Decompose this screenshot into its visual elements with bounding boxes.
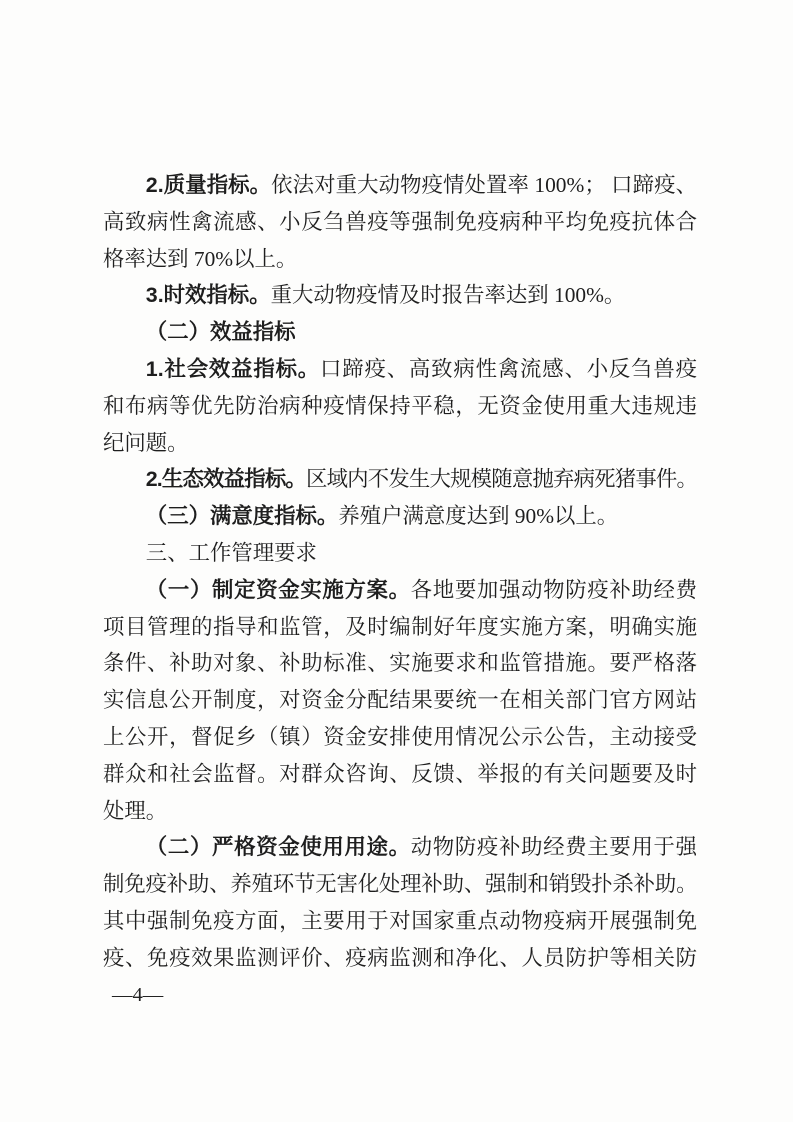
line-text: 高致病性禽流感、小反刍兽疫等强制免疫病种平均免疫抗体合 [103, 210, 697, 234]
text-line: 高致病性禽流感、小反刍兽疫等强制免疫病种平均免疫抗体合 [103, 204, 697, 241]
line-text: 养殖户满意度达到 90%以上。 [338, 504, 618, 528]
text-line: 疫、免疫效果监测评价、疫病监测和净化、人员防护等相关防 [103, 940, 697, 977]
text-line: 2.质量指标。依法对重大动物疫情处置率 100%； 口蹄疫、 [103, 167, 697, 204]
line-text: 疫、免疫效果监测评价、疫病监测和净化、人员防护等相关防 [103, 946, 697, 970]
line-text: 纪问题。 [103, 431, 189, 455]
line-text: 条件、补助对象、补助标准、实施要求和监管措施。要严格落 [103, 651, 697, 675]
paragraph-lead: （二）效益指标 [146, 320, 296, 344]
text-line: 和布病等优先防治病种疫情保持平稳，无资金使用重大违规违 [103, 388, 697, 425]
text-line: （二）效益指标 [103, 314, 697, 351]
line-text: 群众和社会监督。对群众咨询、反馈、举报的有关问题要及时 [103, 762, 697, 786]
line-text: 项目管理的指导和监管，及时编制好年度实施方案，明确实施 [103, 615, 697, 639]
line-text: 格率达到 70%以上。 [103, 247, 297, 271]
text-line: （三）满意度指标。养殖户满意度达到 90%以上。 [103, 498, 697, 535]
line-text: 动物防疫补助经费主要用于强 [411, 835, 697, 859]
text-line: 上公开，督促乡（镇）资金安排使用情况公示公告，主动接受 [103, 719, 697, 756]
paragraph-lead: 2.质量指标。 [146, 173, 271, 197]
paragraph-lead: 1.社会效益指标。 [146, 357, 320, 381]
line-text: 其中强制免疫方面，主要用于对国家重点动物疫病开展强制免 [103, 909, 697, 933]
text-line: 格率达到 70%以上。 [103, 241, 697, 278]
paragraph-lead: （一）制定资金实施方案。 [146, 578, 411, 602]
text-line: 制免疫补助、养殖环节无害化处理补助、强制和销毁扑杀补助。 [103, 866, 697, 903]
line-text: 和布病等优先防治病种疫情保持平稳，无资金使用重大违规违 [103, 394, 697, 418]
line-text: 实信息公开制度，对资金分配结果要统一在相关部门官方网站 [103, 688, 697, 712]
line-text: 依法对重大动物疫情处置率 100%； 口蹄疫、 [271, 173, 697, 197]
paragraph-lead: 3.时效指标。 [146, 283, 271, 307]
line-text: 重大动物疫情及时报告率达到 100%。 [271, 283, 626, 307]
line-text: 区域内不发生大规模随意抛弃病死猪事件。 [306, 467, 697, 491]
text-line: 2.生态效益指标。区域内不发生大规模随意抛弃病死猪事件。 [103, 461, 697, 498]
text-line: 其中强制免疫方面，主要用于对国家重点动物疫病开展强制免 [103, 903, 697, 940]
text-line: 3.时效指标。重大动物疫情及时报告率达到 100%。 [103, 277, 697, 314]
paragraph-lead: （二）严格资金使用用途。 [146, 835, 411, 859]
text-line: 处理。 [103, 793, 697, 830]
paragraph-lead: 2.生态效益指标。 [146, 467, 306, 491]
line-text: 各地要加强动物防疫补助经费 [411, 578, 697, 602]
page-number: —4— [112, 984, 163, 1007]
section-heading: 三、工作管理要求 [103, 535, 697, 572]
text-line: （二）严格资金使用用途。动物防疫补助经费主要用于强 [103, 829, 697, 866]
line-text: 制免疫补助、养殖环节无害化处理补助、强制和销毁扑杀补助。 [103, 872, 697, 896]
text-line: 实信息公开制度，对资金分配结果要统一在相关部门官方网站 [103, 682, 697, 719]
text-line: 群众和社会监督。对群众咨询、反馈、举报的有关问题要及时 [103, 756, 697, 793]
line-text: 三、工作管理要求 [146, 541, 317, 565]
text-line: 项目管理的指导和监管，及时编制好年度实施方案，明确实施 [103, 609, 697, 646]
paragraph-lead: （三）满意度指标。 [146, 504, 339, 528]
text-line: （一）制定资金实施方案。各地要加强动物防疫补助经费 [103, 572, 697, 609]
document-page: 2.质量指标。依法对重大动物疫情处置率 100%； 口蹄疫、 高致病性禽流感、小… [0, 0, 793, 1122]
line-text: 上公开，督促乡（镇）资金安排使用情况公示公告，主动接受 [103, 725, 697, 749]
text-line: 条件、补助对象、补助标准、实施要求和监管措施。要严格落 [103, 645, 697, 682]
line-text: 口蹄疫、高致病性禽流感、小反刍兽疫 [320, 357, 697, 381]
text-line: 纪问题。 [103, 425, 697, 462]
document-text-block: 2.质量指标。依法对重大动物疫情处置率 100%； 口蹄疫、 高致病性禽流感、小… [103, 167, 697, 977]
text-line: 1.社会效益指标。口蹄疫、高致病性禽流感、小反刍兽疫 [103, 351, 697, 388]
line-text: 处理。 [103, 799, 167, 823]
